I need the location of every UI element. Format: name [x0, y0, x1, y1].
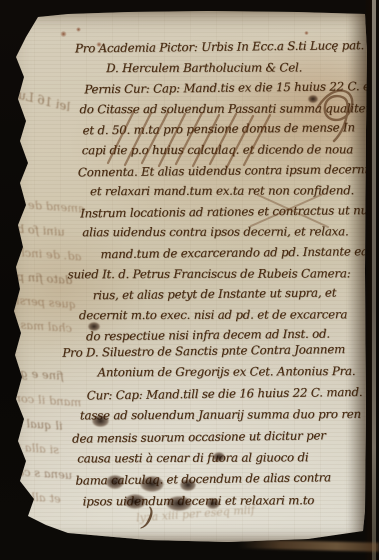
manuscript-line: et d. 50. m.ta pro pensione domus de men… — [82, 117, 369, 141]
manuscript-line: D. Herculem Bartholucium & Cel. — [106, 57, 369, 79]
ink-blot — [106, 475, 124, 489]
manuscript-photo: lei 16 Lugamend de bauini fo baad. de in… — [0, 0, 379, 560]
paragraph-1: Pro Academia Pictor: Urbis In Ecc.a S.ti… — [7, 36, 371, 347]
underlying-page-edge — [238, 539, 379, 551]
manuscript-line: Connenta. Et alias uidendus contra ipsum… — [78, 159, 370, 183]
manuscript-line: Pro Academia Pictor: Urbis In Ecc.a S.ti… — [75, 35, 369, 59]
foxing-spot — [60, 31, 67, 37]
ink-blot — [180, 479, 196, 491]
manuscript-line: suied It. d. Petrus Franciscus de Rubeis… — [68, 263, 371, 285]
manuscript-line: Cur: Cap: Mand.till se die 16 huius 22 C… — [87, 382, 370, 407]
ink-blot — [92, 415, 109, 427]
ink-blot — [213, 452, 225, 462]
ink-blot — [124, 494, 146, 509]
ink-blot — [140, 476, 164, 492]
manuscript-line: dea mensis suorum occasione ut dicitur p… — [72, 424, 370, 449]
manuscript-line: tasse ad soluendum Januarij summa duo pr… — [80, 404, 370, 427]
manuscript-line: Pernis Cur: Cap: Mand.tis ex die 15 huiu… — [84, 76, 369, 100]
manuscript-line: et relaxari mand.tum ex.ta ret non confi… — [90, 180, 370, 202]
manuscript-line: Antonium de Gregorijs ex Cet. Antonius P… — [97, 361, 369, 384]
manuscript-line: rius, et alias petyt de Instante ut supr… — [93, 282, 371, 306]
foxing-spot — [76, 27, 81, 32]
manuscript-line: capi die p.o huius calculaq. et dicendo … — [82, 139, 370, 161]
ink-blot — [308, 95, 318, 103]
manuscript-line: alias uidendus contra ipsos decerni, et … — [82, 222, 370, 244]
manuscript-line: do Citasse ad soluendum Passanti summa q… — [79, 98, 369, 120]
foxing-spot — [304, 31, 309, 35]
manuscript-page: lei 16 Lugamend de bauini fo baad. de in… — [8, 11, 372, 545]
manuscript-line: Instrum locationis ad rationes et contra… — [80, 200, 370, 224]
ink-blot — [88, 322, 100, 331]
manuscript-line: mand.tum de excarcerando ad pd. Instante… — [100, 241, 370, 265]
manuscript-line: decernit m.to exec. nisi ad pd. et de ex… — [79, 304, 371, 326]
